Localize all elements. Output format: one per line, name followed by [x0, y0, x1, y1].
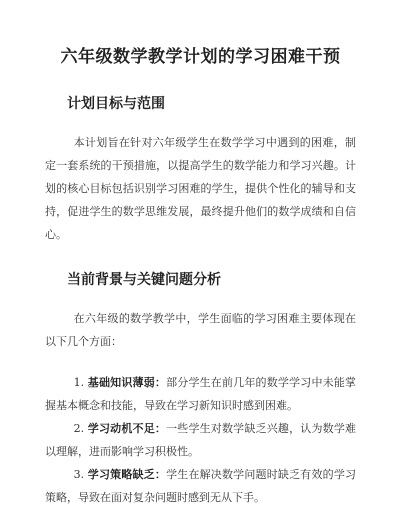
section-heading-plan-goals: 计划目标与范围 — [67, 94, 356, 114]
document-page: 六年级数学教学计划的学习困难干预 计划目标与范围 本计划旨在针对六年级学生在数学… — [0, 0, 400, 517]
paragraph-plan-goals: 本计划旨在针对六年级学生在数学学习中遇到的困难，制定一套系统的干预措施，以提高学… — [45, 131, 356, 246]
section-heading-background-analysis: 当前背景与关键问题分析 — [67, 270, 356, 290]
paragraph-background-intro: 在六年级的数学教学中，学生面临的学习困难主要体现在以下几个方面： — [45, 307, 356, 353]
item-label: 学习动机不足 — [88, 422, 155, 435]
item-number: 3. — [74, 468, 85, 481]
item-colon: ： — [155, 468, 166, 481]
list-item-low-motivation: 2. 学习动机不足：一些学生对数学缺乏兴趣，认为数学难以理解，进而影响学习积极性… — [45, 417, 356, 463]
item-label: 基础知识薄弱 — [88, 376, 155, 389]
item-colon: ： — [155, 422, 166, 435]
item-number: 2. — [74, 422, 85, 435]
problem-list: 1. 基础知识薄弱：部分学生在前几年的数学学习中未能掌握基本概念和技能，导致在学… — [45, 371, 356, 509]
list-item-lack-strategies: 3. 学习策略缺乏：学生在解决数学问题时缺乏有效的学习策略，导致在面对复杂问题时… — [45, 463, 356, 509]
item-colon: ： — [155, 376, 166, 389]
document-title: 六年级数学教学计划的学习困难干预 — [45, 44, 356, 70]
list-item-weak-foundation: 1. 基础知识薄弱：部分学生在前几年的数学学习中未能掌握基本概念和技能，导致在学… — [45, 371, 356, 417]
item-label: 学习策略缺乏 — [88, 468, 155, 481]
item-number: 1. — [74, 376, 85, 389]
